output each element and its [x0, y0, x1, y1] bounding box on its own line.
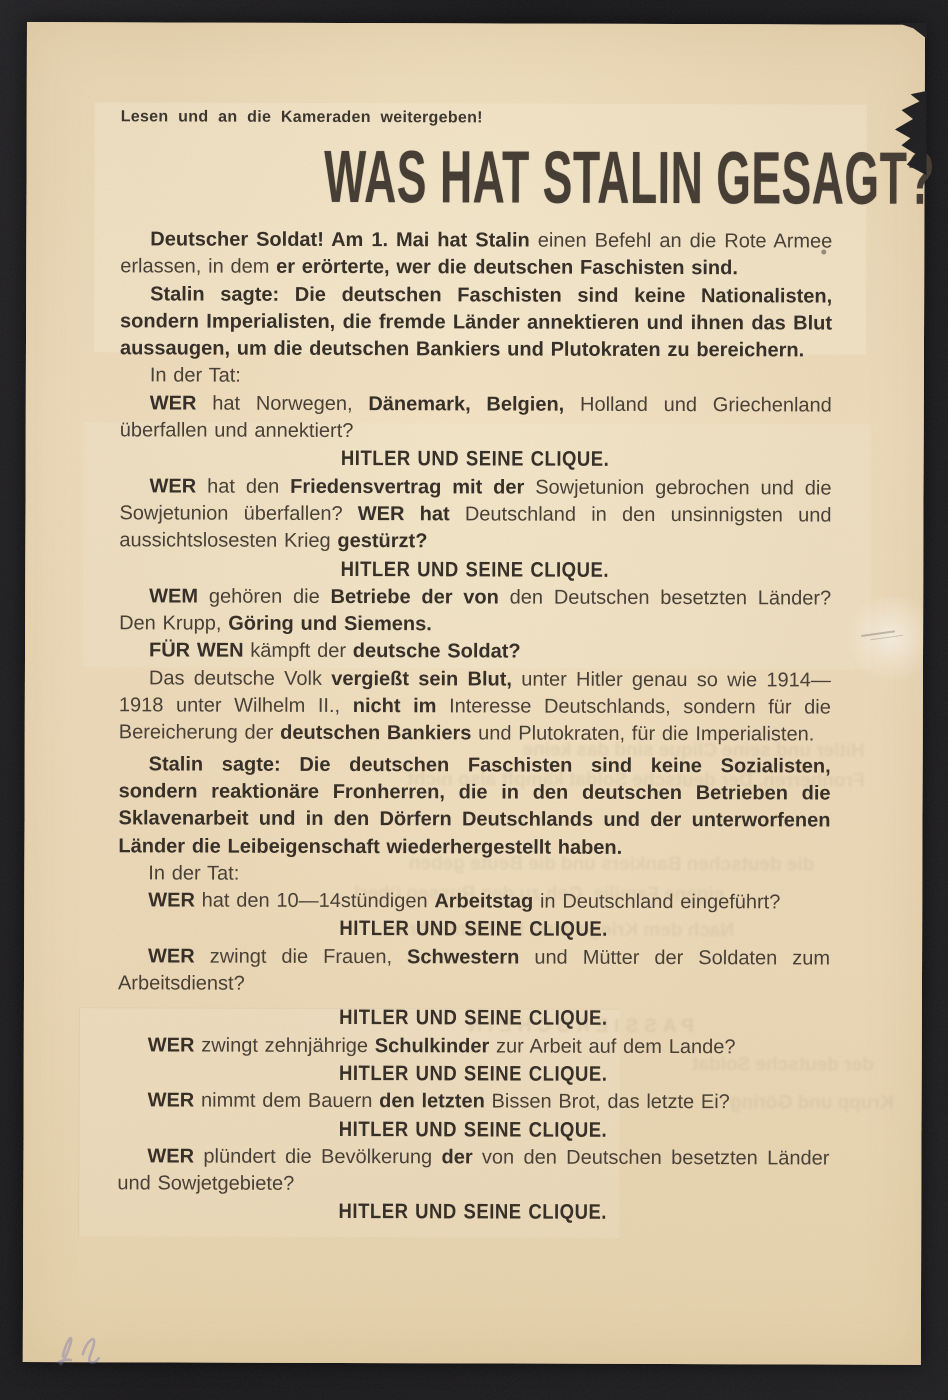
refrain-line: HITLER UND SEINE CLIQUE.: [119, 555, 831, 586]
text-segment: hat Norwegen,: [196, 392, 368, 415]
body-paragraph: WER hat Norwegen, Dänemark, Belgien, Hol…: [120, 390, 832, 447]
text-segment: Arbeitstag: [434, 890, 533, 912]
text-segment: Stalin sagte: Die deutschen Faschisten s…: [120, 283, 832, 362]
refrain-line: HITLER UND SEINE CLIQUE.: [118, 915, 830, 946]
text-segment: HITLER UND SEINE CLIQUE.: [339, 1198, 608, 1226]
text-segment: deutsche Soldat?: [353, 640, 521, 663]
body-paragraph: In der Tat:: [118, 860, 830, 890]
body-paragraph: Deutscher Soldat! Am 1. Mai hat Stalin e…: [120, 226, 832, 283]
text-segment: FÜR WEN: [149, 640, 244, 662]
text-segment: In der Tat:: [150, 365, 241, 387]
text-segment: kämpft der: [244, 640, 353, 662]
body-paragraph: WER plündert die Bevölkerung der von den…: [117, 1143, 829, 1200]
refrain-line: HITLER UND SEINE CLIQUE.: [117, 1115, 829, 1146]
text-segment: er erörterte, wer die deutschen Faschist…: [276, 256, 738, 279]
text-segment: Schwestern: [407, 946, 519, 968]
text-segment: Schulkinder: [375, 1035, 490, 1057]
text-segment: vergießt sein Blut,: [331, 668, 512, 691]
text-segment: Friedensvertrag mit der: [290, 476, 524, 499]
corner-nick: [897, 23, 927, 39]
text-segment: HITLER UND SEINE CLIQUE.: [341, 556, 610, 584]
text-segment: gestürzt?: [337, 530, 427, 552]
text-segment: nicht im: [353, 695, 437, 717]
text-segment: HITLER UND SEINE CLIQUE.: [340, 1004, 609, 1032]
page-title: WAS HAT STALIN GESAGT?: [120, 140, 832, 218]
refrain-line: HITLER UND SEINE CLIQUE.: [118, 1059, 830, 1090]
text-segment: hat den 10—14stündigen: [195, 890, 435, 913]
text-segment: zur Arbeit auf dem Lande?: [489, 1035, 735, 1058]
leaflet-paper: Hitler und seine Clique sind das keineFr…: [23, 22, 925, 1365]
text-segment: Dänemark, Belgien,: [368, 393, 564, 416]
text-segment: Stalin sagte: Die deutschen Faschisten s…: [118, 753, 830, 858]
text-segment: zwingt zehnjährige: [194, 1034, 374, 1057]
text-segment: In der Tat:: [148, 862, 239, 884]
page-title-text: WAS HAT STALIN GESAGT?: [324, 141, 935, 215]
text-segment: hat den: [196, 475, 290, 497]
text-segment: und Plutokraten, für die Imperialisten.: [471, 723, 814, 746]
text-segment: Betriebe der von: [331, 586, 499, 609]
text-segment: HITLER UND SEINE CLIQUE.: [340, 915, 609, 943]
text-segment: Deutscher Soldat! Am 1. Mai hat Stalin: [150, 228, 530, 251]
pencil-scribble: [49, 1320, 109, 1376]
body-paragraph: WER nimmt dem Bauern den letzten Bissen …: [118, 1087, 830, 1117]
body-paragraph: WER hat den Friedensvertrag mit der Sowj…: [119, 473, 831, 557]
leaflet-content: Lesen und an die Kameraden weitergeben! …: [23, 108, 925, 1229]
body-paragraph: WER zwingt die Frauen, Schwestern und Mü…: [118, 943, 830, 1000]
body-paragraph: Das deutsche Volk vergießt sein Blut, un…: [119, 665, 831, 749]
body-paragraph: Stalin sagte: Die deutschen Faschisten s…: [120, 281, 832, 365]
text-segment: plündert die Bevölkerung: [194, 1145, 441, 1168]
text-segment: der: [441, 1146, 472, 1168]
text-segment: WER: [148, 890, 195, 912]
body-paragraph: Stalin sagte: Die deutschen Faschisten s…: [118, 751, 830, 862]
text-segment: zwingt die Frauen,: [195, 945, 407, 968]
body-paragraph: FÜR WEN kämpft der deutsche Soldat?: [119, 638, 831, 668]
text-segment: WER hat: [358, 503, 450, 525]
refrain-line: HITLER UND SEINE CLIQUE.: [118, 1004, 830, 1035]
text-segment: gehören die: [198, 585, 331, 607]
text-segment: WER: [148, 1090, 195, 1112]
kicker-line: Lesen und an die Kameraden weitergeben!: [121, 108, 833, 128]
text-segment: WER: [148, 945, 195, 967]
refrain-line: HITLER UND SEINE CLIQUE.: [117, 1198, 829, 1229]
leaflet-body: Deutscher Soldat! Am 1. Mai hat Stalin e…: [117, 226, 832, 1228]
text-segment: deutschen Bankiers: [280, 722, 471, 745]
text-segment: nimmt dem Bauern: [194, 1090, 379, 1113]
text-segment: Bissen Brot, das letzte Ei?: [485, 1091, 730, 1114]
body-paragraph: WER zwingt zehnjährige Schulkinder zur A…: [118, 1032, 830, 1062]
text-segment: in Deutschland eingeführt?: [533, 891, 780, 914]
body-paragraph: In der Tat:: [120, 363, 832, 393]
text-segment: WER: [150, 475, 197, 497]
text-segment: HITLER UND SEINE CLIQUE.: [339, 1060, 608, 1088]
ink-speck: [821, 249, 826, 254]
refrain-line: HITLER UND SEINE CLIQUE.: [120, 445, 832, 476]
text-segment: WER: [147, 1145, 194, 1167]
text-segment: den letzten: [379, 1090, 485, 1112]
text-segment: WER: [150, 392, 197, 414]
text-segment: HITLER UND SEINE CLIQUE.: [339, 1115, 608, 1143]
body-paragraph: WEM gehören die Betriebe der von den Deu…: [119, 583, 831, 640]
text-segment: WEM: [149, 585, 198, 607]
text-segment: HITLER UND SEINE CLIQUE.: [341, 445, 610, 473]
text-segment: Das deutsche Volk: [149, 667, 331, 690]
text-segment: WER: [148, 1034, 195, 1056]
text-segment: Göring und Siemens.: [228, 613, 432, 636]
body-paragraph: WER hat den 10—14stündigen Arbeitstag in…: [118, 887, 830, 917]
